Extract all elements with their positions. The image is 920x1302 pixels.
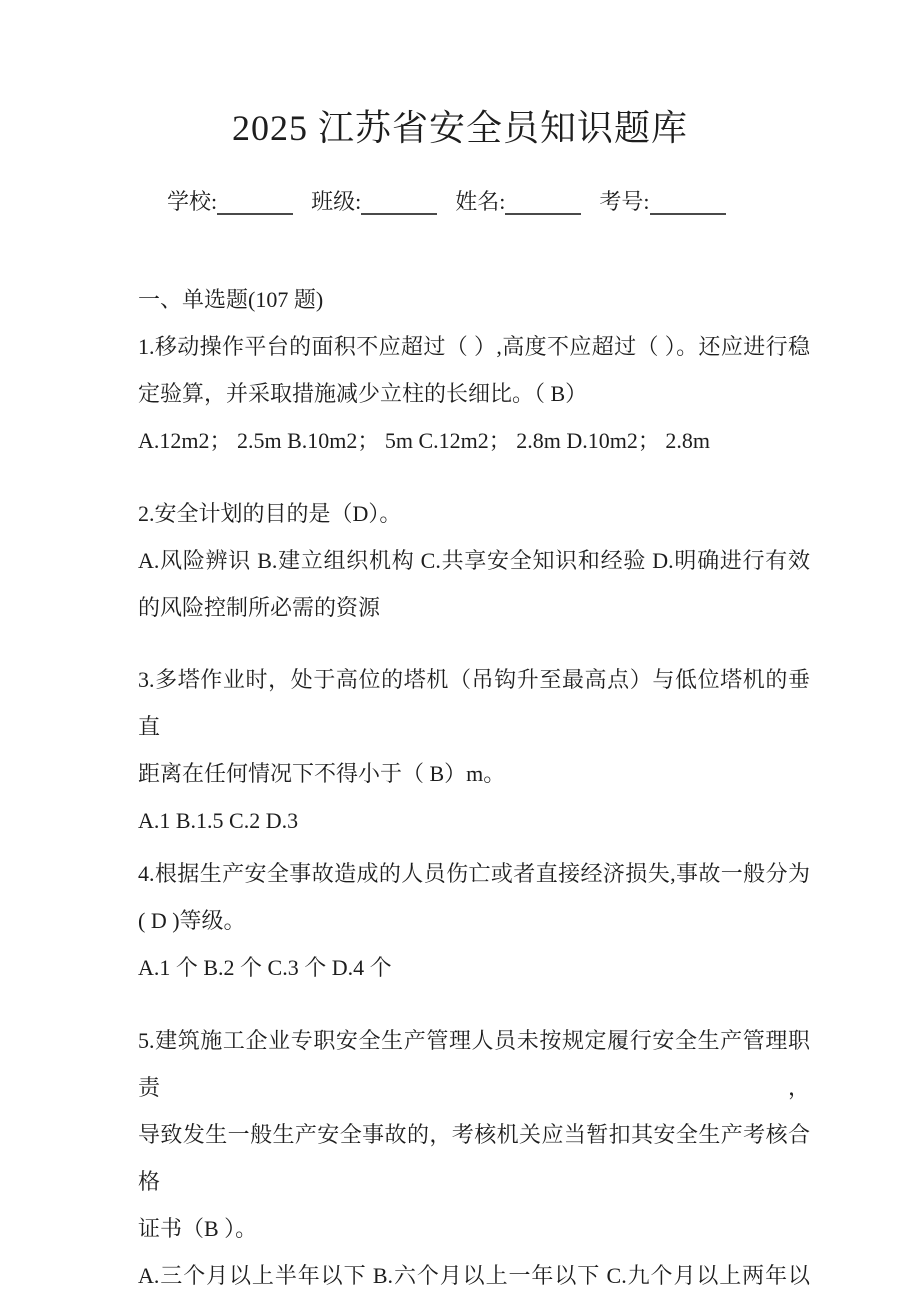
question-2-options-line-2: 的风险控制所必需的资源 [138,584,810,631]
school-blank-line [217,189,293,215]
form-field-school: 学校: [167,178,293,225]
question-5: 5.建筑施工企业专职安全生产管理人员未按规定履行安全生产管理职责， 导致发生一般… [138,1017,810,1299]
question-3-line-1: 3.多塔作业时，处于高位的塔机（吊钩升至最高点）与低位塔机的垂直 [138,656,810,750]
question-1-line-2: 定验算，并采取措施减少立柱的长细比。（ B） [138,370,810,417]
class-label: 班级: [311,189,361,214]
form-field-name: 姓名: [455,178,581,225]
question-5-line-3: 证书（B ）。 [138,1205,810,1252]
school-label: 学校: [167,189,217,214]
document-page: { "page": { "title": "2025 江苏省安全员知识题库", … [0,0,920,1302]
exam-no-blank-line [650,189,726,215]
question-2-options-line-1: A.风险辨识 B.建立组织机构 C.共享安全知识和经验 D.明确进行有效 [138,537,810,584]
class-blank-line [361,189,437,215]
question-3: 3.多塔作业时，处于高位的塔机（吊钩升至最高点）与低位塔机的垂直 距离在任何情况… [138,656,810,844]
question-1-line-1: 1.移动操作平台的面积不应超过（ ）,高度不应超过（ ）。还应进行稳 [138,323,810,370]
question-5-line-1: 5.建筑施工企业专职安全生产管理人员未按规定履行安全生产管理职责， [138,1017,810,1111]
document-body: 一、单选题(107 题) 1.移动操作平台的面积不应超过（ ）,高度不应超过（ … [138,276,810,1299]
page-title: 2025 江苏省安全员知识题库 [0,105,920,152]
question-2: 2.安全计划的目的是（D）。 A.风险辨识 B.建立组织机构 C.共享安全知识和… [138,490,810,631]
question-4-line-2: ( D )等级。 [138,897,810,944]
header-form: 学校:班级:姓名:考号: [167,178,920,225]
question-4-line-1: 4.根据生产安全事故造成的人员伤亡或者直接经济损失,事故一般分为 [138,850,810,897]
question-1: 1.移动操作平台的面积不应超过（ ）,高度不应超过（ ）。还应进行稳 定验算，并… [138,323,810,464]
question-5-options: A.三个月以上半年以下 B.六个月以上一年以下 C.九个月以上两年以 [138,1252,810,1299]
question-1-options: A.12m2； 2.5m B.10m2； 5m C.12m2； 2.8m D.1… [138,417,810,464]
question-4: 4.根据生产安全事故造成的人员伤亡或者直接经济损失,事故一般分为 ( D )等级… [138,850,810,991]
section-heading: 一、单选题(107 题) [138,276,810,323]
form-field-class: 班级: [311,178,437,225]
question-4-options: A.1 个 B.2 个 C.3 个 D.4 个 [138,944,810,991]
question-3-line-2: 距离在任何情况下不得小于（ B）m。 [138,750,810,797]
exam-no-label: 考号: [599,189,649,214]
question-3-options: A.1 B.1.5 C.2 D.3 [138,797,810,844]
name-label: 姓名: [455,189,505,214]
name-blank-line [505,189,581,215]
form-field-exam-no: 考号: [599,178,725,225]
question-2-line-1: 2.安全计划的目的是（D）。 [138,490,810,537]
question-5-line-2: 导致发生一般生产安全事故的，考核机关应当暂扣其安全生产考核合格 [138,1111,810,1205]
